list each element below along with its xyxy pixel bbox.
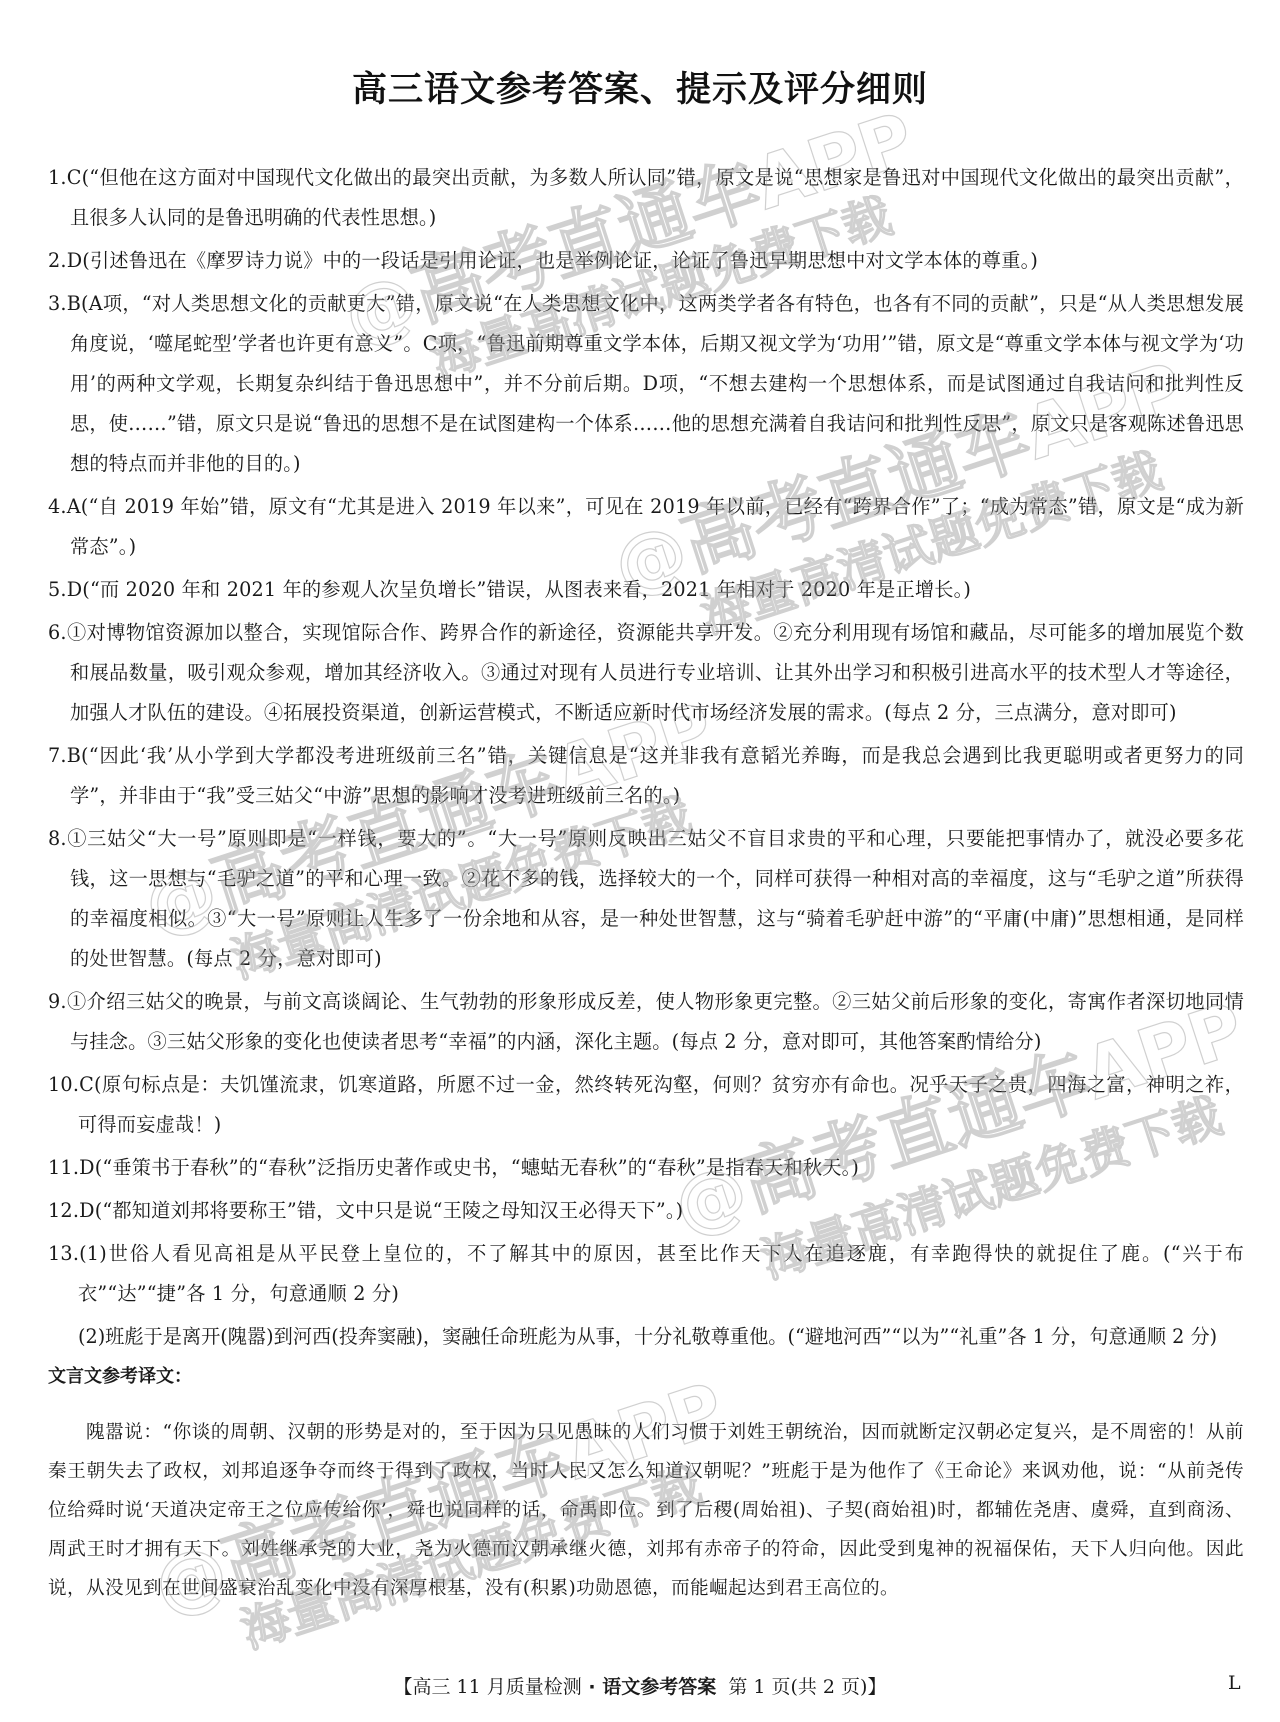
answer-item-1: 1.C(“但他在这方面对中国现代文化做出的最突出贡献，为多数人所认同”错，原文是…: [48, 158, 1244, 238]
answer-text: ①介绍三姑父的晚景，与前文高谈阔论、生气勃勃的形象形成反差，使人物形象更完整。②…: [67, 990, 1244, 1053]
answer-item-7: 7.B(“因此‘我’从小学到大学都没考进班级前三名”错，关键信息是“这并非我有意…: [48, 736, 1244, 816]
answer-text: ①对博物馆资源加以整合，实现馆际合作、跨界合作的新途径，资源能共享开发。②充分利…: [67, 621, 1244, 724]
answer-item-9: 9.①介绍三姑父的晚景，与前文高谈阔论、生气勃勃的形象形成反差，使人物形象更完整…: [48, 982, 1244, 1062]
translation-text: 隗嚣说：“你谈的周朝、汉朝的形势是对的，至于因为只见愚昧的人们习惯于刘姓王朝统治…: [48, 1413, 1244, 1608]
answer-number: 8.: [48, 827, 67, 850]
answer-item-3: 3.B(A项，“对人类思想文化的贡献更大”错，原文说“在人类思想文化中，这两类学…: [48, 284, 1244, 484]
answer-text: A(“自 2019 年始”错，原文有“尤其是进入 2019 年以来”，可见在 2…: [67, 495, 1244, 558]
footer-bracket-right: 】: [867, 1676, 886, 1698]
answer-text: D(引述鲁迅在《摩罗诗力说》中的一段话是引用论证，也是举例论证，论证了鲁迅早期思…: [67, 249, 1038, 272]
answer-text: C(原句标点是：夫饥馑流隶，饥寒道路，所愿不过一金，然终转死沟壑，何则？贫穷亦有…: [78, 1073, 1244, 1136]
answer-text: C(“但他在这方面对中国现代文化做出的最突出贡献，为多数人所认同”错，原文是说“…: [67, 166, 1244, 229]
answer-number: 5.: [48, 578, 67, 601]
footer-subject: 语文参考答案: [602, 1676, 716, 1698]
answer-item-8: 8.①三姑父“大一号”原则即是“一样钱，要大的”。“大一号”原则反映出三姑父不盲…: [48, 819, 1244, 979]
answer-number: 12.: [48, 1199, 79, 1222]
answer-number: 13.: [48, 1242, 79, 1265]
translation-heading: 文言文参考译文：: [48, 1360, 1244, 1394]
answer-item-11: 11.D(“垂策书于春秋”的“春秋”泛指历史著作或史书，“蟪蛄无春秋”的“春秋”…: [48, 1148, 1244, 1188]
answer-item-13-part-2: (2)班彪于是离开(隗嚣)到河西(投奔窦融)，窦融任命班彪为从事，十分礼敬尊重他…: [48, 1317, 1244, 1357]
footer-bracket-left: 【: [393, 1676, 412, 1698]
answer-item-2: 2.D(引述鲁迅在《摩罗诗力说》中的一段话是引用论证，也是举例论证，论证了鲁迅早…: [48, 241, 1244, 281]
page-footer: 【高三 11 月质量检测 · 语文参考答案 第 1 页(共 2 页)】: [0, 1672, 1280, 1699]
answer-text: D(“而 2020 年和 2021 年的参观人次呈负增长”错误，从图表来看，20…: [67, 578, 971, 601]
answer-number: 1.: [48, 166, 67, 189]
answer-number: 2.: [48, 249, 67, 272]
answer-text: B(A项，“对人类思想文化的贡献更大”错，原文说“在人类思想文化中，这两类学者各…: [67, 292, 1244, 475]
page-title: 高三语文参考答案、提示及评分细则: [0, 62, 1280, 112]
answer-number: 3.: [48, 292, 67, 315]
footer-page-number: 第 1 页(共 2 页): [716, 1676, 867, 1698]
answer-number: 9.: [48, 990, 67, 1013]
answer-item-6: 6.①对博物馆资源加以整合，实现馆际合作、跨界合作的新途径，资源能共享开发。②充…: [48, 613, 1244, 733]
answer-number: 7.: [48, 744, 67, 767]
answer-item-12: 12.D(“都知道刘邦将要称王”错，文中只是说“王陵之母知汉王必得天下”。): [48, 1191, 1244, 1231]
answer-text: D(“垂策书于春秋”的“春秋”泛指历史著作或史书，“蟪蛄无春秋”的“春秋”是指春…: [79, 1156, 859, 1179]
answer-number: 11.: [48, 1156, 79, 1179]
answer-number: 4.: [48, 495, 67, 518]
footer-dot: ·: [582, 1676, 602, 1698]
footer-version-mark: L: [1228, 1672, 1241, 1694]
answer-number: 10.: [48, 1073, 79, 1096]
answer-text: B(“因此‘我’从小学到大学都没考进班级前三名”错，关键信息是“这并非我有意韬光…: [67, 744, 1244, 807]
answer-content: 1.C(“但他在这方面对中国现代文化做出的最突出贡献，为多数人所认同”错，原文是…: [48, 158, 1244, 1626]
answer-text: ①三姑父“大一号”原则即是“一样钱，要大的”。“大一号”原则反映出三姑父不盲目求…: [67, 827, 1244, 970]
answer-item-10: 10.C(原句标点是：夫饥馑流隶，饥寒道路，所愿不过一金，然终转死沟壑，何则？贫…: [48, 1065, 1244, 1145]
footer-exam-name: 高三 11 月质量检测: [413, 1676, 582, 1698]
answer-number: 6.: [48, 621, 67, 644]
answer-item-4: 4.A(“自 2019 年始”错，原文有“尤其是进入 2019 年以来”，可见在…: [48, 487, 1244, 567]
answer-text: D(“都知道刘邦将要称王”错，文中只是说“王陵之母知汉王必得天下”。): [79, 1199, 683, 1222]
answer-item-5: 5.D(“而 2020 年和 2021 年的参观人次呈负增长”错误，从图表来看，…: [48, 570, 1244, 610]
answer-item-13: 13.(1)世俗人看见高祖是从平民登上皇位的，不了解其中的原因，甚至比作天下人在…: [48, 1234, 1244, 1314]
answer-text: (1)世俗人看见高祖是从平民登上皇位的，不了解其中的原因，甚至比作天下人在追逐鹿…: [78, 1242, 1244, 1305]
